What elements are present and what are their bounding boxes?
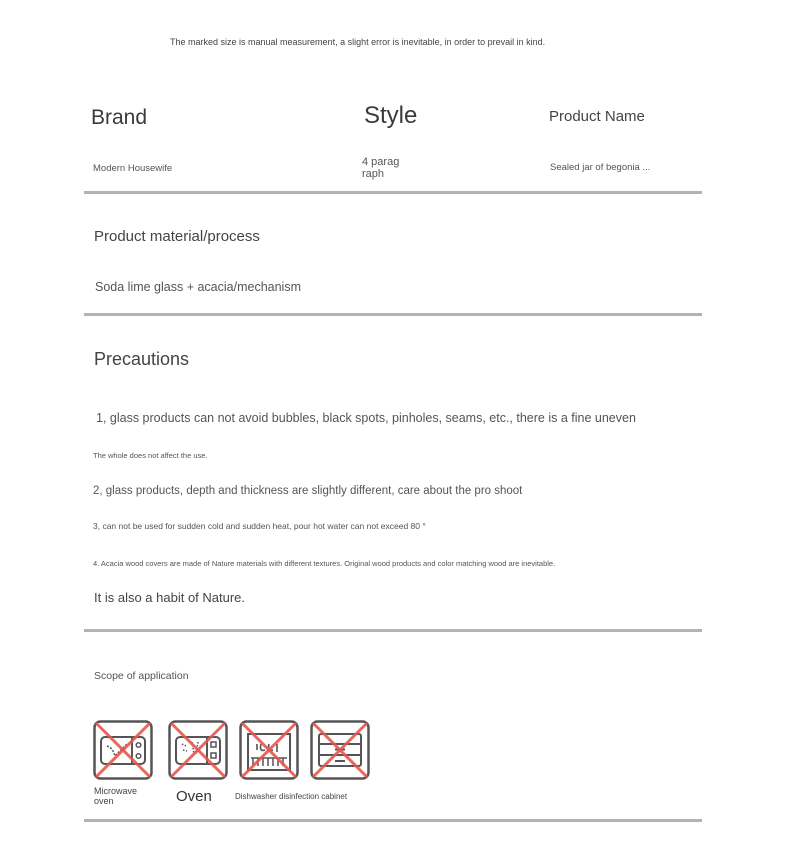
divider (84, 629, 702, 632)
material-value: Soda lime glass + acacia/mechanism (95, 280, 301, 294)
product-name-header: Product Name (549, 108, 645, 125)
precaution-item: 3, can not be used for sudden cold and s… (93, 521, 426, 531)
brand-value: Modern Housewife (93, 163, 172, 174)
divider (84, 313, 702, 316)
style-value: 4 parag raph (362, 156, 412, 180)
oven-label: Oven (176, 788, 212, 805)
microwave-label: Microwave oven (94, 786, 154, 806)
dishwasher-prohibited-icon (239, 720, 299, 780)
divider (84, 191, 702, 194)
scope-title: Scope of application (94, 670, 189, 682)
precaution-item: The whole does not affect the use. (93, 451, 208, 460)
microwave-prohibited-icon (93, 720, 153, 780)
divider (84, 819, 702, 822)
precaution-item: 1, glass products can not avoid bubbles,… (96, 411, 636, 425)
oven-prohibited-icon (168, 720, 228, 780)
precaution-item: 4. Acacia wood covers are made of Nature… (93, 559, 555, 568)
brand-header: Brand (91, 106, 147, 130)
material-title: Product material/process (94, 228, 260, 245)
disinfection-cabinet-prohibited-icon (310, 720, 370, 780)
precautions-title: Precautions (94, 349, 189, 370)
precaution-item: 2, glass products, depth and thickness a… (93, 485, 522, 497)
precaution-item: It is also a habit of Nature. (94, 590, 245, 605)
product-name-value: Sealed jar of begonia ... (550, 162, 650, 173)
dishwasher-label: Dishwasher disinfection cabinet (235, 792, 347, 801)
style-header: Style (364, 102, 417, 130)
measurement-note: The marked size is manual measurement, a… (170, 37, 545, 47)
